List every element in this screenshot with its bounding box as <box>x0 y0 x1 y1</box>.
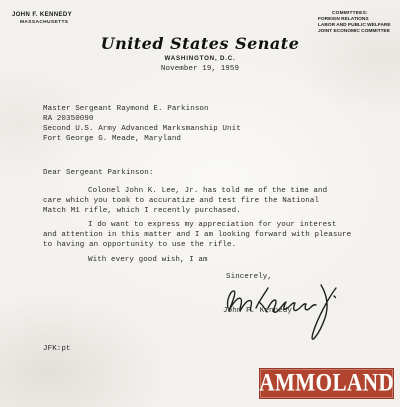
ammoland-watermark-label: AMMOLAND <box>259 369 394 397</box>
recipient-line: RA 20350090 <box>43 114 241 124</box>
salutation: Dear Sergeant Parkinson: <box>43 168 153 178</box>
letterhead-city: WASHINGTON, D.C. <box>0 55 400 62</box>
paragraph-line: Match M1 rifle, which I recently purchas… <box>43 206 373 216</box>
typed-signature-name: John F. Kennedy <box>223 306 292 316</box>
recipient-address: Master Sergeant Raymond E. Parkinson RA … <box>43 104 241 144</box>
closing-line: With every good wish, I am <box>88 255 208 265</box>
recipient-line: Master Sergeant Raymond E. Parkinson <box>43 104 241 114</box>
committees-block: COMMITTEES: FOREIGN RELATIONS LABOR AND … <box>318 11 391 35</box>
paragraph-line: Colonel John K. Lee, Jr. has told me of … <box>43 186 373 196</box>
sender-state: MASSACHUSETTS <box>20 20 68 25</box>
letter-date: November 19, 1959 <box>0 64 400 74</box>
paragraph-line: to having an opportunity to use the rifl… <box>43 240 373 250</box>
paragraph-line: care which you took to accuratize and te… <box>43 196 373 206</box>
paragraph-line: I do want to express my appreciation for… <box>43 220 373 230</box>
paragraph-2: I do want to express my appreciation for… <box>43 220 373 250</box>
paragraph-line: and attention in this matter and I am lo… <box>43 230 373 240</box>
reference-initials: JFK:pt <box>43 344 71 354</box>
recipient-line: Fort George G. Meade, Maryland <box>43 134 241 144</box>
recipient-line: Second U.S. Army Advanced Marksmanship U… <box>43 124 241 134</box>
letterhead-title: United States Senate <box>0 34 400 53</box>
ammoland-watermark: AMMOLAND <box>259 368 394 399</box>
sender-name: JOHN F. KENNEDY <box>12 12 72 18</box>
paragraph-1: Colonel John K. Lee, Jr. has told me of … <box>43 186 373 216</box>
